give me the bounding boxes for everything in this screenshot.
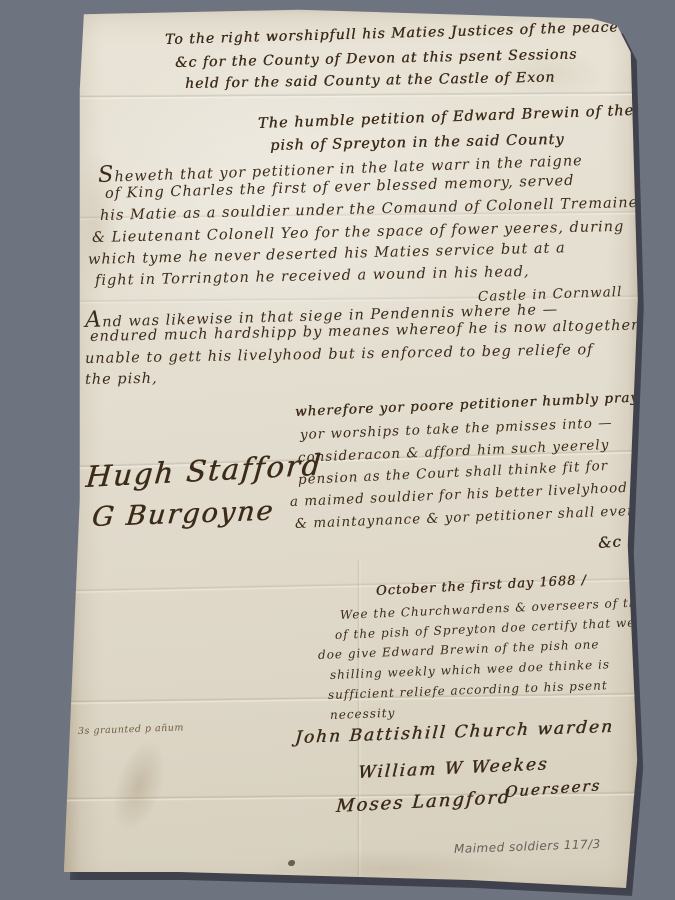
photo-background: To the right worshipfull his Maties Just… [0,0,675,900]
paper-stain [102,733,175,839]
manuscript-paper: To the right worshipfull his Maties Just… [58,8,646,896]
superscription-line: held for the said County at the Castle o… [185,70,556,92]
certificate-date-line: October the first day 1688 / [376,573,588,599]
prayer-etcetera: &c [597,532,622,552]
witness-role-label: Ouerseers [504,776,601,801]
body-line: the pish, [85,371,158,388]
petition-heading-line: The humble petition of Edward Brewin of … [258,103,635,132]
certificate-line: shilling weekly which wee doe thinke is [330,657,610,682]
signature-g-burgoyne: G Burgoyne [90,496,276,534]
margin-grant-note: 3s graunted p añum [78,722,184,737]
body-line: unable to gett his livelyhood but is enf… [85,342,594,367]
certificate-line: necessity [330,706,396,722]
signature-william-weekes: William W Weekes [357,754,549,783]
archival-reference-note: Maimed soldiers 117/3 [454,837,601,856]
body-line: fight in Torrington he received a wound … [95,264,530,289]
signature-moses-langford: Moses Langford [335,787,512,817]
superscription-line: To the right worshipfull his Maties Just… [165,19,619,48]
signature-hugh-stafford: Hugh Stafford [85,448,324,495]
